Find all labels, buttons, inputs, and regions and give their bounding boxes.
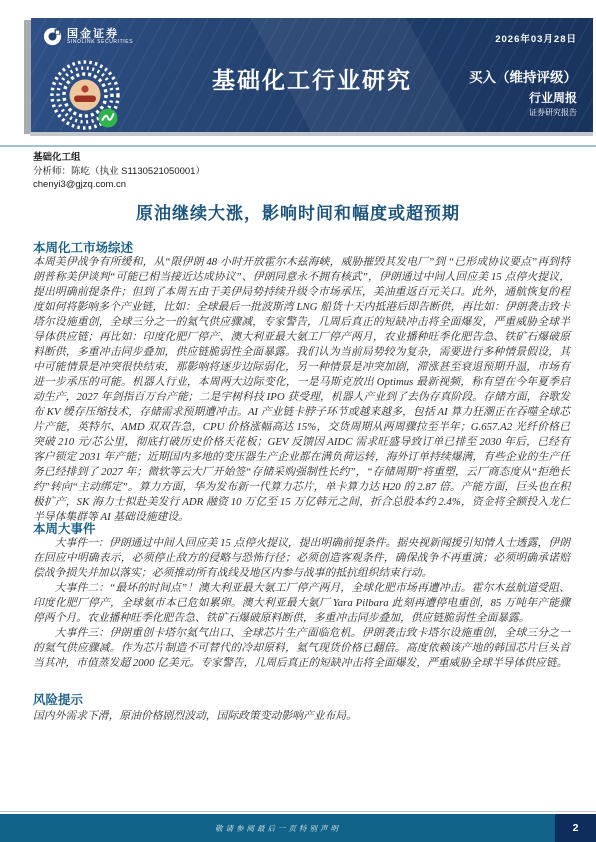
header-divider bbox=[0, 145, 596, 147]
event-3-paragraph: 大事件三：伊朗重创卡塔尔氦气出口、全球芯片生产面临危机。伊朗袭击致卡塔尔设施重创… bbox=[33, 626, 570, 671]
market-review-paragraph: 本周美伊战争有所缓和，从“限伊朗 48 小时开放霍尔木兹海峡，威胁摧毁其发电厂”… bbox=[33, 255, 570, 525]
footer-disclaimer: 敬请参阅最后一页特别声明 bbox=[0, 814, 556, 842]
analyst-email: chenyi3@gjzq.com.cn bbox=[33, 178, 205, 192]
analyst-block: 基础化工组 分析师：陈屹（执业 S1130521050001） chenyi3@… bbox=[33, 151, 205, 192]
wechat-badge-icon bbox=[99, 109, 118, 128]
analyst-name-license: 分析师：陈屹（执业 S1130521050001） bbox=[33, 165, 205, 179]
risk-paragraph: 国内外需求下滑，原油价格剧烈波动，国际政策变动影响产业布局。 bbox=[33, 709, 570, 724]
section-heading-major-events: 本周大事件 bbox=[33, 519, 96, 537]
report-type-label: 行业周报 bbox=[529, 89, 577, 106]
report-header-banner: 国金证券 SINOLINK SECURITIES 2026年03月28日 bbox=[31, 18, 593, 132]
brand-name-cn: 国金证券 bbox=[67, 28, 133, 40]
report-page: 国金证券 SINOLINK SECURITIES 2026年03月28日 bbox=[0, 0, 596, 842]
report-date: 2026年03月28日 bbox=[495, 31, 577, 45]
sinolink-logo-icon bbox=[43, 27, 62, 46]
event-1-paragraph: 大事件一：伊朗通过中间人回应美 15 点停火提议，提出明确前提条件。据央视新闻援… bbox=[33, 536, 570, 581]
section-heading-market-review: 本周化工市场综述 bbox=[33, 238, 133, 256]
event-2-paragraph: 大事件二：“最坏的时间点”！澳大利亚最大氨工厂停产两月，全球化肥市场再遭冲击。霍… bbox=[33, 581, 570, 626]
footer-bar: 敬请参阅最后一页特别声明 2 bbox=[0, 814, 596, 842]
article-title: 原油继续大涨，影响时间和幅度或超预期 bbox=[0, 199, 596, 224]
section-heading-risk: 风险提示 bbox=[33, 690, 83, 708]
brand-name-en: SINOLINK SECURITIES bbox=[67, 40, 133, 46]
brand-logo: 国金证券 SINOLINK SECURITIES bbox=[43, 27, 133, 46]
analyst-group: 基础化工组 bbox=[33, 151, 205, 165]
rating-label: 买入（维持评级） bbox=[469, 66, 577, 86]
page-number: 2 bbox=[555, 814, 596, 842]
footer-divider bbox=[0, 811, 596, 812]
report-category-label: 证券研究报告 bbox=[529, 107, 577, 118]
banner-left-shadow bbox=[24, 20, 31, 134]
